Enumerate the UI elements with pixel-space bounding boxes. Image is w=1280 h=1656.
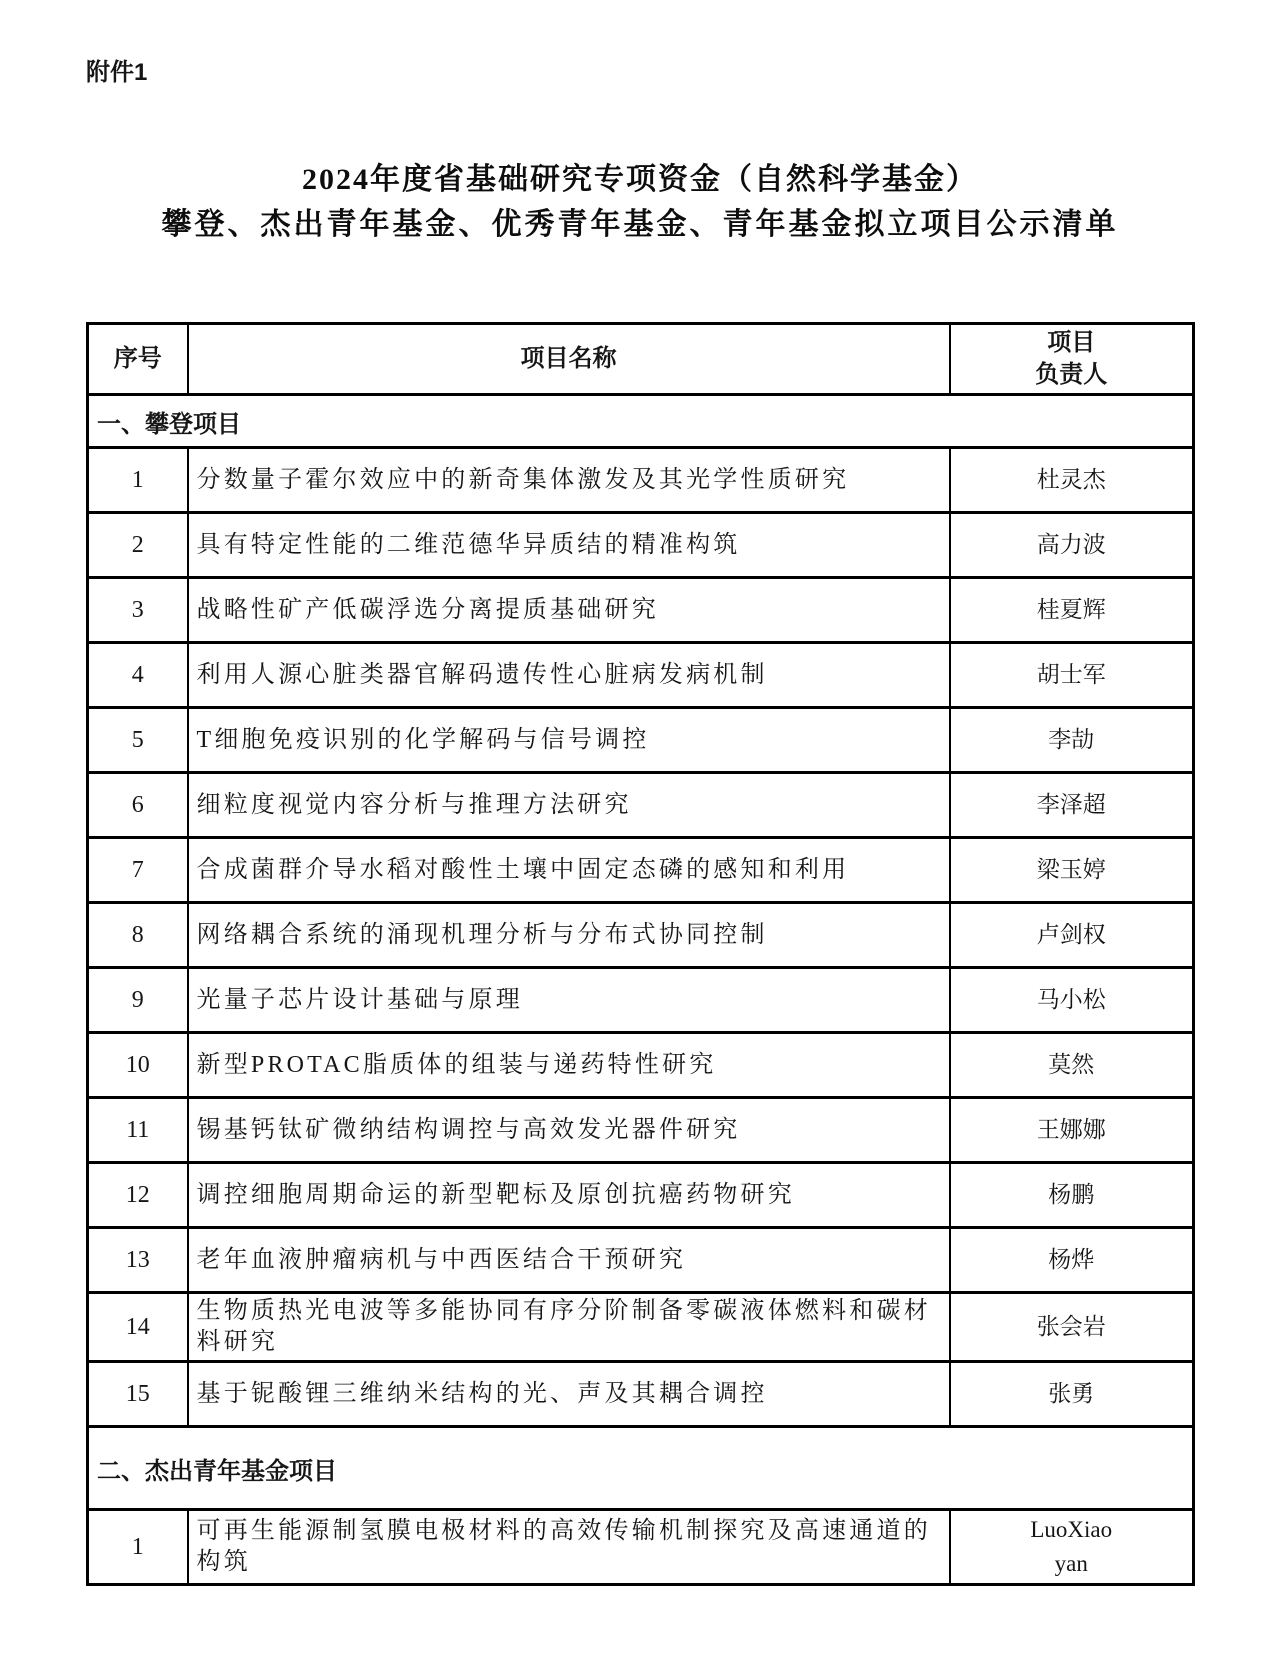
leader-cell: 梁玉婷 (950, 838, 1194, 903)
header-project-leader: 项目 负责人 (950, 324, 1194, 395)
leader-cell: 李劼 (950, 708, 1194, 773)
header-project-name: 项目名称 (188, 324, 950, 395)
table-row: 8 网络耦合系统的涌现机理分析与分布式协同控制 卢剑权 (88, 903, 1194, 968)
row-index-cell: 4 (88, 643, 188, 708)
table-row: 14 生物质热光电波等多能协同有序分阶制备零碳液体燃料和碳材料研究 张会岩 (88, 1293, 1194, 1362)
table-row: 10 新型PROTAC脂质体的组装与递药特性研究 莫然 (88, 1033, 1194, 1098)
row-index-cell: 1 (88, 1510, 188, 1585)
table-row: 1 可再生能源制氢膜电极材料的高效传输机制探究及高速通道的构筑 LuoXiao … (88, 1510, 1194, 1585)
table-row: 11 锡基钙钛矿微纳结构调控与高效发光器件研究 王娜娜 (88, 1098, 1194, 1163)
leader-cell: 王娜娜 (950, 1098, 1194, 1163)
document-title: 2024年度省基础研究专项资金（自然科学基金） 攀登、杰出青年基金、优秀青年基金… (0, 158, 1280, 248)
table-row: 1 分数量子霍尔效应中的新奇集体激发及其光学性质研究 杜灵杰 (88, 448, 1194, 513)
project-name-cell: 网络耦合系统的涌现机理分析与分布式协同控制 (188, 903, 950, 968)
table-row: 6 细粒度视觉内容分析与推理方法研究 李泽超 (88, 773, 1194, 838)
project-name-cell: 新型PROTAC脂质体的组装与递药特性研究 (188, 1033, 950, 1098)
table-row: 4 利用人源心脏类器官解码遗传性心脏病发病机制 胡士军 (88, 643, 1194, 708)
leader-cell: 卢剑权 (950, 903, 1194, 968)
document-page: 附件1 2024年度省基础研究专项资金（自然科学基金） 攀登、杰出青年基金、优秀… (0, 0, 1280, 1656)
project-name-cell: T细胞免疫识别的化学解码与信号调控 (188, 708, 950, 773)
project-name-cell: 合成菌群介导水稻对酸性土壤中固定态磷的感知和利用 (188, 838, 950, 903)
leader-cell: 桂夏辉 (950, 578, 1194, 643)
table-header-row: 序号 项目名称 项目 负责人 (88, 324, 1194, 395)
table-row: 5 T细胞免疫识别的化学解码与信号调控 李劼 (88, 708, 1194, 773)
row-index-cell: 9 (88, 968, 188, 1033)
leader-cell: 胡士军 (950, 643, 1194, 708)
project-name-cell: 战略性矿产低碳浮选分离提质基础研究 (188, 578, 950, 643)
row-index-cell: 11 (88, 1098, 188, 1163)
row-index-cell: 8 (88, 903, 188, 968)
project-name-cell: 锡基钙钛矿微纳结构调控与高效发光器件研究 (188, 1098, 950, 1163)
section-2-title: 二、杰出青年基金项目 (88, 1427, 1194, 1510)
table-row: 2 具有特定性能的二维范德华异质结的精准构筑 高力波 (88, 513, 1194, 578)
project-name-cell: 光量子芯片设计基础与原理 (188, 968, 950, 1033)
leader-cell: 杜灵杰 (950, 448, 1194, 513)
project-name-cell: 调控细胞周期命运的新型靶标及原创抗癌药物研究 (188, 1163, 950, 1228)
row-index-cell: 15 (88, 1362, 188, 1427)
title-line-1: 2024年度省基础研究专项资金（自然科学基金） (0, 158, 1280, 202)
row-index-cell: 5 (88, 708, 188, 773)
leader-cell: 张勇 (950, 1362, 1194, 1427)
row-index-cell: 12 (88, 1163, 188, 1228)
leader-cell: 高力波 (950, 513, 1194, 578)
row-index-cell: 3 (88, 578, 188, 643)
table-row: 13 老年血液肿瘤病机与中西医结合干预研究 杨烨 (88, 1228, 1194, 1293)
project-name-cell: 生物质热光电波等多能协同有序分阶制备零碳液体燃料和碳材料研究 (188, 1293, 950, 1362)
projects-table: 序号 项目名称 项目 负责人 一、攀登项目 1 分数量子霍尔效应中的新奇集体激发… (86, 322, 1195, 1586)
leader-cell: 杨鹏 (950, 1163, 1194, 1228)
project-name-cell: 细粒度视觉内容分析与推理方法研究 (188, 773, 950, 838)
header-index: 序号 (88, 324, 188, 395)
leader-cell: 张会岩 (950, 1293, 1194, 1362)
project-name-cell: 基于铌酸锂三维纳米结构的光、声及其耦合调控 (188, 1362, 950, 1427)
leader-cell: 杨烨 (950, 1228, 1194, 1293)
table-row: 3 战略性矿产低碳浮选分离提质基础研究 桂夏辉 (88, 578, 1194, 643)
project-name-cell: 利用人源心脏类器官解码遗传性心脏病发病机制 (188, 643, 950, 708)
title-line-2: 攀登、杰出青年基金、优秀青年基金、青年基金拟立项目公示清单 (0, 202, 1280, 248)
project-name-cell: 分数量子霍尔效应中的新奇集体激发及其光学性质研究 (188, 448, 950, 513)
table-row: 12 调控细胞周期命运的新型靶标及原创抗癌药物研究 杨鹏 (88, 1163, 1194, 1228)
row-index-cell: 10 (88, 1033, 188, 1098)
row-index-cell: 6 (88, 773, 188, 838)
project-name-cell: 可再生能源制氢膜电极材料的高效传输机制探究及高速通道的构筑 (188, 1510, 950, 1585)
project-name-cell: 具有特定性能的二维范德华异质结的精准构筑 (188, 513, 950, 578)
row-index-cell: 14 (88, 1293, 188, 1362)
row-index-cell: 2 (88, 513, 188, 578)
leader-cell: 莫然 (950, 1033, 1194, 1098)
section-1-title: 一、攀登项目 (88, 395, 1194, 448)
row-index-cell: 7 (88, 838, 188, 903)
table-row: 15 基于铌酸锂三维纳米结构的光、声及其耦合调控 张勇 (88, 1362, 1194, 1427)
project-name-cell: 老年血液肿瘤病机与中西医结合干预研究 (188, 1228, 950, 1293)
attachment-label: 附件1 (86, 52, 147, 87)
leader-cell: LuoXiao yan (950, 1510, 1194, 1585)
section-header-row: 二、杰出青年基金项目 (88, 1427, 1194, 1510)
leader-cell: 李泽超 (950, 773, 1194, 838)
row-index-cell: 1 (88, 448, 188, 513)
table-row: 7 合成菌群介导水稻对酸性土壤中固定态磷的感知和利用 梁玉婷 (88, 838, 1194, 903)
row-index-cell: 13 (88, 1228, 188, 1293)
section-header-row: 一、攀登项目 (88, 395, 1194, 448)
leader-cell: 马小松 (950, 968, 1194, 1033)
table-row: 9 光量子芯片设计基础与原理 马小松 (88, 968, 1194, 1033)
